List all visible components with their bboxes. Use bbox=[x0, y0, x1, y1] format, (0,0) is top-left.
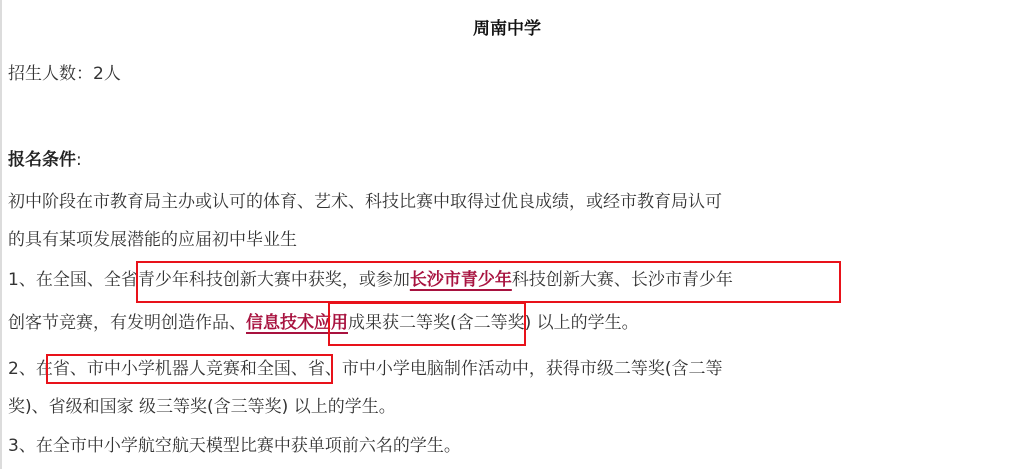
item1-part-c: 、长沙市青少年 bbox=[614, 270, 733, 290]
item2-line-1: 2、在省、市中小学机器人竞赛和全国、省、市中小学电脑制作活动中，获得市级二等奖(… bbox=[8, 357, 722, 381]
item2-line-2: 奖)、省级和国家 级三等奖(含三等奖) 以上的学生。 bbox=[8, 395, 396, 419]
item1-line2-suffix: 获二等奖(含二等奖) 以上的学生。 bbox=[382, 313, 639, 333]
item1-part-a: 全省青少年科技创新大赛中获奖，或参加 bbox=[104, 270, 410, 290]
item2-boxed-robot-competition: 在省、市中小学机器人竞赛 bbox=[36, 359, 240, 379]
left-border-rule bbox=[0, 0, 2, 469]
item1-prefix: 1、在全国、 bbox=[8, 270, 104, 290]
item1-line-1: 1、在全国、全省青少年科技创新大赛中获奖，或参加长沙市青少年科技创新大赛、长沙市… bbox=[8, 268, 733, 292]
item1-part-b: 科技创新大赛 bbox=[512, 270, 614, 290]
item3-line: 3、在全市中小学航空航天模型比赛中获单项前六名的学生。 bbox=[8, 434, 461, 458]
requirements-heading-line: 报名条件: bbox=[8, 148, 82, 172]
item2-rest: 和全国、省、市中小学电脑制作活动中，获得市级二等奖(含二等 bbox=[240, 359, 723, 379]
school-title: 周南中学 bbox=[0, 14, 1014, 39]
item1-line2-mid: 成果 bbox=[348, 313, 382, 333]
item1-line2-prefix: 创客节竞赛，有发明创造作品、 bbox=[8, 313, 246, 333]
requirements-heading: 报名条件 bbox=[8, 150, 76, 170]
enrollment-value: 2人 bbox=[93, 64, 121, 84]
heading-colon: : bbox=[76, 150, 82, 170]
item1-highlight-changsha-youth: 长沙市青少年 bbox=[410, 270, 512, 290]
enrollment-line: 招生人数：2人 bbox=[8, 62, 121, 86]
item1-highlight-it-application: 信息技术应用 bbox=[246, 313, 348, 333]
item1-line-2: 创客节竞赛，有发明创造作品、信息技术应用成果获二等奖(含二等奖) 以上的学生。 bbox=[8, 311, 639, 335]
intro-line-1: 初中阶段在市教育局主办或认可的体育、艺术、科技比赛中取得过优良成绩，或经市教育局… bbox=[8, 190, 722, 214]
item2-prefix: 2、 bbox=[8, 359, 36, 379]
intro-line-2: 的具有某项发展潜能的应届初中毕业生 bbox=[8, 228, 297, 252]
enrollment-label: 招生人数： bbox=[8, 64, 93, 84]
